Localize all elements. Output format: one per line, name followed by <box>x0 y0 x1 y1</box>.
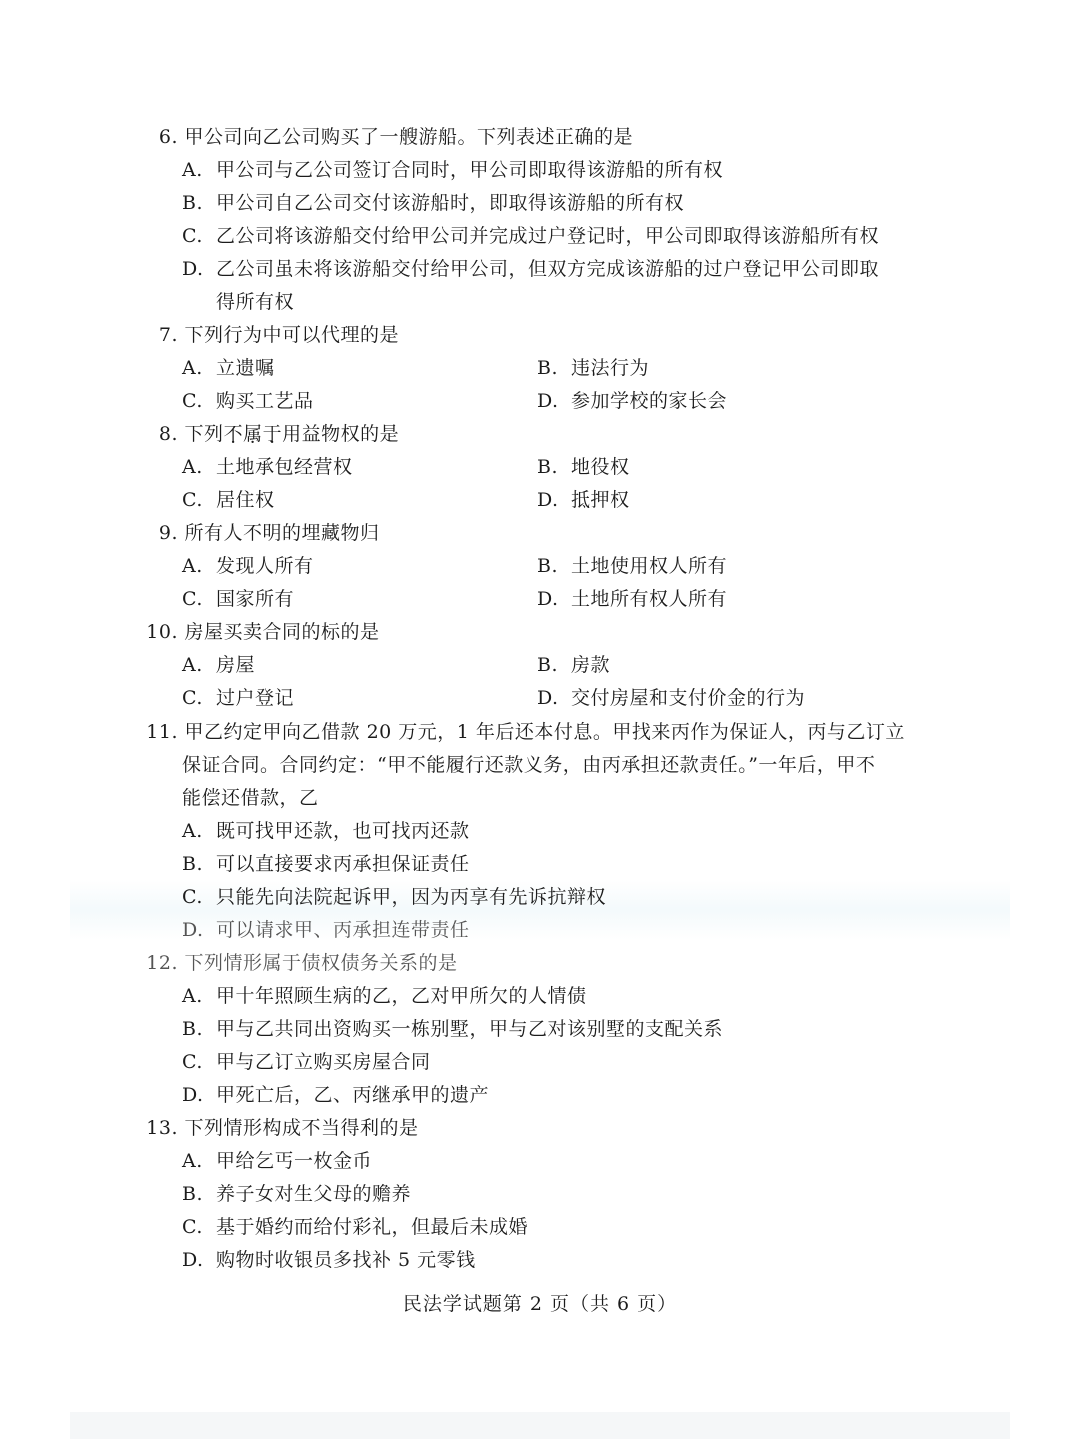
question-8-stem: 8. 下列不属于用益物权的是 <box>148 418 399 451</box>
question-6-stem: 6. 甲公司向乙公司购买了一艘游船。下列表述正确的是 <box>148 121 633 154</box>
question-11-stem-line-3: 能偿还借款，乙 <box>182 782 319 815</box>
question-9-option-a: A.发现人所有 <box>182 550 314 583</box>
question-7-option-c: C.购买工艺品 <box>182 385 314 418</box>
question-8-option-a: A.土地承包经营权 <box>182 451 353 484</box>
emphasis-mark: 于 <box>263 423 283 445</box>
question-10-option-d: D.交付房屋和支付价金的行为 <box>537 682 805 715</box>
question-13-option-a: A.甲给乞丐一枚金币 <box>182 1145 372 1178</box>
question-10-option-a: A.房屋 <box>182 649 255 682</box>
question-12-option-b: B.甲与乙共同出资购买一栋别墅，甲与乙对该别墅的支配关系 <box>182 1013 723 1046</box>
question-10-stem: 10. 房屋买卖合同的标的是 <box>140 616 380 649</box>
question-11-option-b: B.可以直接要求丙承担保证责任 <box>182 848 470 881</box>
question-7-option-d: D.参加学校的家长会 <box>537 385 727 418</box>
question-9-option-b: B.土地使用权人所有 <box>537 550 727 583</box>
question-13-option-c: C.基于婚约而给付彩礼，但最后未成婚 <box>182 1211 528 1244</box>
question-7-option-a: A.立遗嘱 <box>182 352 275 385</box>
question-6-option-a: A.甲公司与乙公司签订合同时，甲公司即取得该游船的所有权 <box>182 154 723 187</box>
question-11-option-d: D.可以请求甲、丙承担连带责任 <box>182 914 470 947</box>
exam-page: 6. 甲公司向乙公司购买了一艘游船。下列表述正确的是 A.甲公司与乙公司签订合同… <box>0 0 1080 1439</box>
page-footer: 民法学试题第 2 页（共 6 页） <box>0 1290 1080 1318</box>
question-7-stem: 7. 下列行为中可以代理的是 <box>148 319 399 352</box>
question-11-option-a: A.既可找甲还款，也可找丙还款 <box>182 815 470 848</box>
question-12-option-a: A.甲十年照顾生病的乙，乙对甲所欠的人情债 <box>182 980 587 1013</box>
question-12-option-c: C.甲与乙订立购买房屋合同 <box>182 1046 431 1079</box>
question-11-stem-line-2: 保证合同。合同约定：“甲不能履行还款义务，由丙承担还款责任。”一年后，甲不 <box>182 749 875 782</box>
question-7-option-b: B.违法行为 <box>537 352 649 385</box>
question-13-stem: 13. 下列情形构成不当得利的是 <box>140 1112 419 1145</box>
emphasis-mark: 属 <box>243 423 263 445</box>
question-10-option-b: B.房款 <box>537 649 610 682</box>
question-13-option-d: D.购物时收银员多找补 5 元零钱 <box>182 1244 476 1277</box>
question-13-option-b: B.养子女对生父母的赡养 <box>182 1178 411 1211</box>
question-11-option-c: C.只能先向法院起诉甲，因为丙享有先诉抗辩权 <box>182 881 606 914</box>
question-11-stem: 11. 甲乙约定甲向乙借款 20 万元，1 年后还本付息。甲找来丙作为保证人，丙… <box>140 716 905 749</box>
question-9-stem: 9. 所有人不明的埋藏物归 <box>148 517 380 550</box>
question-8-option-b: B.地役权 <box>537 451 630 484</box>
question-8-option-d: D.抵押权 <box>537 484 630 517</box>
question-12-stem: 12. 下列情形属于债权债务关系的是 <box>140 947 458 980</box>
question-8-option-c: C.居住权 <box>182 484 275 517</box>
question-6-option-d: D.乙公司虽未将该游船交付给甲公司，但双方完成该游船的过户登记甲公司即取 <box>182 253 879 286</box>
question-9-option-c: C.国家所有 <box>182 583 294 616</box>
scan-edge <box>70 1412 1010 1439</box>
question-6-option-d-cont: 得所有权 <box>216 286 294 319</box>
question-9-option-d: D.土地所有权人所有 <box>537 583 727 616</box>
question-12-option-d: D.甲死亡后，乙、丙继承甲的遗产 <box>182 1079 489 1112</box>
emphasis-mark: 不 <box>224 423 244 445</box>
question-6-option-b: B.甲公司自乙公司交付该游船时，即取得该游船的所有权 <box>182 187 684 220</box>
question-10-option-c: C.过户登记 <box>182 682 294 715</box>
question-6-option-c: C.乙公司将该游船交付给甲公司并完成过户登记时，甲公司即取得该游船所有权 <box>182 220 879 253</box>
